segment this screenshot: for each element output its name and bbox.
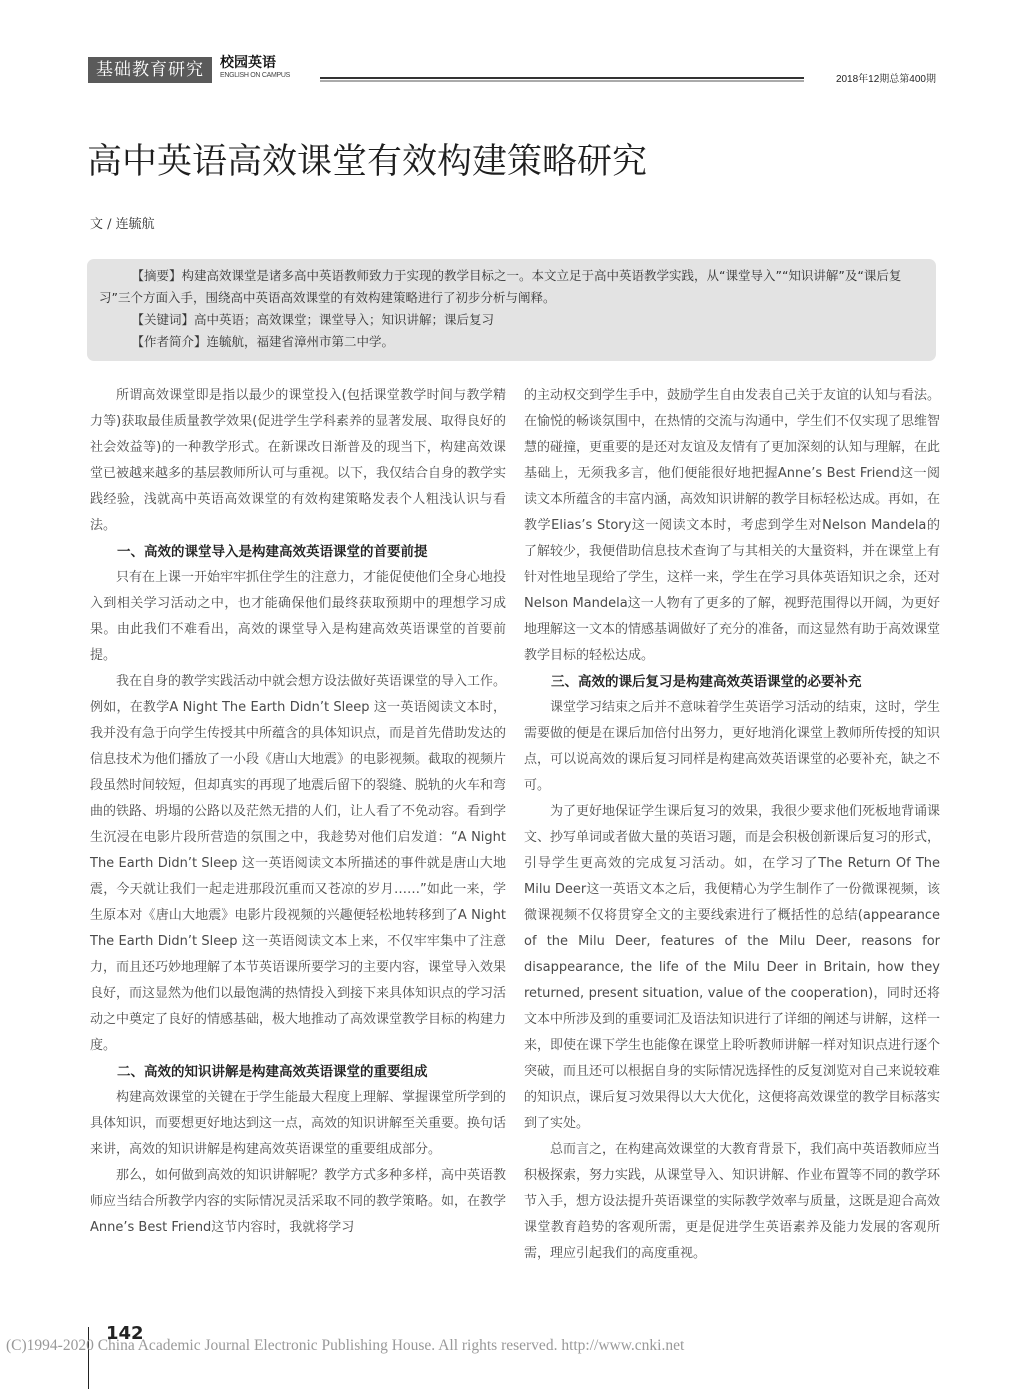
body-column-left: 所谓高效课堂即是指以最少的课堂投入(包括课堂教学时间与教学精力等)获取最佳质量教…	[90, 383, 506, 1241]
paragraph-continued: 的主动权交到学生手中，鼓励学生自由发表自己关于友谊的认知与看法。在愉悦的畅谈氛围…	[524, 383, 940, 669]
abstract-keywords: 【关键词】高中英语；高效课堂；课堂导入；知识讲解；课后复习	[99, 309, 924, 331]
paragraph: 总而言之，在构建高效课堂的大教育背景下，我们高中英语教师应当积极探索，努力实践，…	[524, 1137, 940, 1267]
body-column-right: 的主动权交到学生手中，鼓励学生自由发表自己关于友谊的认知与看法。在愉悦的畅谈氛围…	[524, 383, 940, 1267]
section-tag: 基础教育研究	[88, 57, 212, 83]
journal-name-en: ENGLISH ON CAMPUS	[220, 71, 290, 81]
article-title: 高中英语高效课堂有效构建策略研究	[87, 137, 647, 187]
paragraph: 那么，如何做到高效的知识讲解呢？教学方式多种多样，高中英语教师应当结合所教学内容…	[90, 1163, 506, 1241]
paragraph: 所谓高效课堂即是指以最少的课堂投入(包括课堂教学时间与教学精力等)获取最佳质量教…	[90, 383, 506, 539]
paragraph: 构建高效课堂的关键在于学生能最大程度上理解、掌握课堂所学到的具体知识，而要想更好…	[90, 1085, 506, 1163]
paragraph: 只有在上课一开始牢牢抓住学生的注意力，才能促使他们全身心地投入到相关学习活动之中…	[90, 565, 506, 669]
abstract-box: 【摘要】构建高效课堂是诸多高中英语教师致力于实现的教学目标之一。本文立足于高中英…	[87, 259, 936, 361]
journal-logo: 校园英语 ENGLISH ON CAMPUS	[220, 55, 290, 81]
journal-header: 基础教育研究 校园英语 ENGLISH ON CAMPUS 2018年12期总第…	[88, 53, 936, 87]
journal-name-cn: 校园英语	[220, 55, 290, 71]
paragraph: 我在自身的教学实践活动中就会想方设法做好英语课堂的导入工作。例如，在教学A Ni…	[90, 669, 506, 1059]
abstract-author-bio: 【作者简介】连毓航，福建省漳州市第二中学。	[99, 331, 924, 353]
header-rule	[320, 77, 804, 79]
header-rule-secondary	[320, 80, 804, 82]
issue-info: 2018年12期总第400期	[836, 70, 936, 85]
paragraph: 为了更好地保证学生课后复习的效果，我很少要求他们死板地背诵课文、抄写单词或者做大…	[524, 799, 940, 1137]
section-heading-2: 二、高效的知识讲解是构建高效英语课堂的重要组成	[90, 1059, 506, 1085]
page-number: 142	[106, 1323, 144, 1344]
section-heading-1: 一、高效的课堂导入是构建高效英语课堂的首要前提	[90, 539, 506, 565]
section-heading-3: 三、高效的课后复习是构建高效英语课堂的必要补充	[524, 669, 940, 695]
paragraph: 课堂学习结束之后并不意味着学生英语学习活动的结束，这时，学生需要做的便是在课后加…	[524, 695, 940, 799]
article-author: 文 / 连毓航	[90, 213, 155, 232]
abstract-summary: 【摘要】构建高效课堂是诸多高中英语教师致力于实现的教学目标之一。本文立足于高中英…	[99, 265, 924, 309]
